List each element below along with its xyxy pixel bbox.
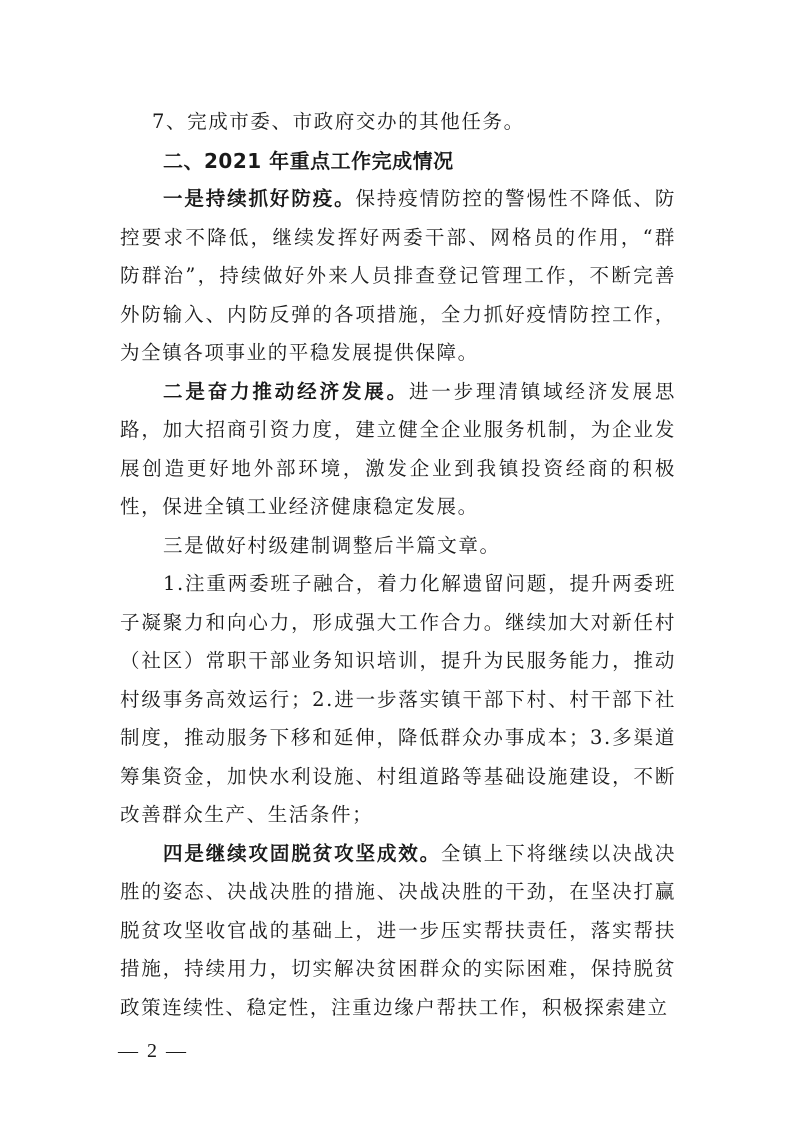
paragraph-epidemic-prevention: 一是持续抓好防疫。保持疫情防控的警惕性不降低、防控要求不降低，继续发挥好两委干部… (120, 180, 676, 373)
task-item-7: 7、完成市委、市政府交办的其他任务。 (120, 103, 676, 142)
paragraph-lead: 三是做好村级建制调整后半篇文章。 (163, 534, 501, 557)
paragraph-village-measures: 1.注重两委班子融合，着力化解遗留问题，提升两委班子凝聚力和向心力，形成强大工作… (120, 565, 676, 835)
section-heading: 二、2021 年重点工作完成情况 (120, 142, 676, 181)
paragraph-lead: 二是奋力推动经济发展。 (163, 380, 409, 403)
paragraph-lead: 一是持续抓好防疫。 (163, 187, 355, 210)
document-page: 7、完成市委、市政府交办的其他任务。 二、2021 年重点工作完成情况 一是持续… (0, 0, 793, 1122)
paragraph-village-restructuring: 三是做好村级建制调整后半篇文章。 (120, 527, 676, 566)
document-body: 7、完成市委、市政府交办的其他任务。 二、2021 年重点工作完成情况 一是持续… (120, 103, 676, 1027)
page-number: — 2 — (118, 1040, 188, 1063)
paragraph-body: 1.注重两委班子融合，着力化解遗留问题，提升两委班子凝聚力和向心力，形成强大工作… (120, 572, 676, 826)
paragraph-economic-development: 二是奋力推动经济发展。进一步理清镇域经济发展思路，加大招商引资力度，建立健全企业… (120, 373, 676, 527)
paragraph-lead: 四是继续攻固脱贫攻坚成效。 (163, 842, 441, 865)
paragraph-body: 保持疫情防控的警惕性不降低、防控要求不降低，继续发挥好两委干部、网格员的作用，“… (120, 187, 676, 364)
paragraph-body: 全镇上下将继续以决战决胜的姿态、决战决胜的措施、决战决胜的干劲，在坚决打赢脱贫攻… (120, 842, 676, 1019)
paragraph-poverty-alleviation: 四是继续攻固脱贫攻坚成效。全镇上下将继续以决战决胜的姿态、决战决胜的措施、决战决… (120, 835, 676, 1028)
